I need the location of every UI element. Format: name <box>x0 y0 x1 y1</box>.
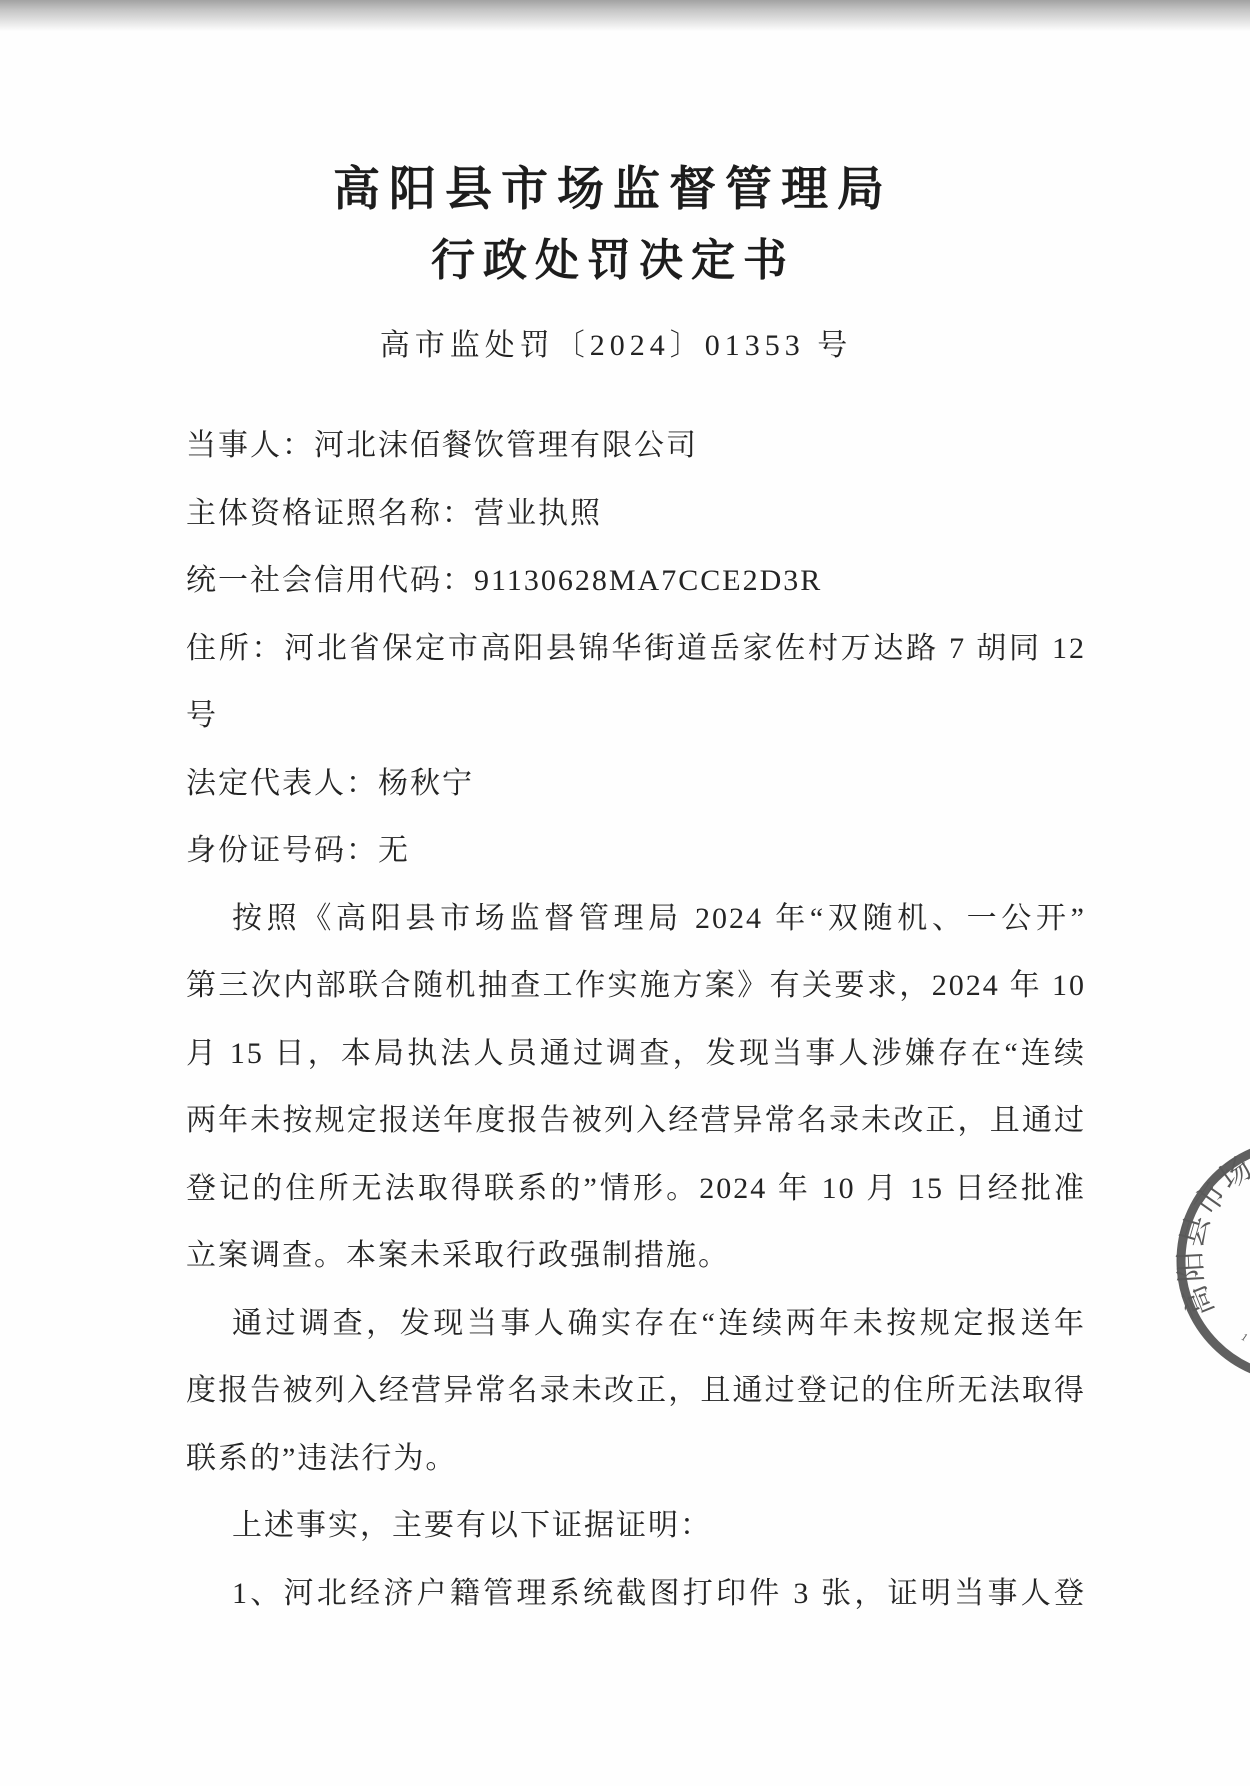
seal-arc-character: 阳 <box>1172 1250 1209 1283</box>
body-line: 1、河北经济户籍管理系统截图打印件 3 张，证明当事人登 <box>186 1560 1086 1628</box>
body-line: 月 15 日，本局执法人员通过调查，发现当事人涉嫌存在“连续 <box>186 1020 1086 1088</box>
scanned-document-page: 高阳县市场监督管理局 行政处罚决定书 高市监处罚〔2024〕01353 号 当事… <box>0 0 1250 1786</box>
body-line: 身份证号码：无 <box>186 817 1086 885</box>
body-line: 统一社会信用代码：91130628MA7CCE2D3R <box>186 547 1086 615</box>
seal-code-digits: 1 3 <box>1239 1331 1250 1354</box>
official-seal-partial: 高 阳 县 市 场 1 3 <box>1150 1120 1250 1410</box>
page-subtitle: 行政处罚决定书 <box>0 224 1226 288</box>
body-line: 第三次内部联合随机抽查工作实施方案》有关要求，2024 年 10 <box>186 952 1086 1020</box>
scan-edge-shadow <box>0 0 1250 34</box>
body-line: 两年未按规定报送年度报告被列入经营异常名录未改正，且通过 <box>186 1087 1086 1155</box>
body-line: 主体资格证照名称：营业执照 <box>186 480 1086 548</box>
body-line: 立案调查。本案未采取行政强制措施。 <box>186 1222 1086 1290</box>
body-line: 联系的”违法行为。 <box>186 1425 1086 1493</box>
body-line: 按照《高阳县市场监督管理局 2024 年“双随机、一公开” <box>186 885 1086 953</box>
body-line: 当事人：河北沫佰餐饮管理有限公司 <box>186 412 1086 480</box>
body-line: 号 <box>186 682 1086 750</box>
body-line: 住所：河北省保定市高阳县锦华街道岳家佐村万达路 7 胡同 12 <box>186 615 1086 683</box>
page-title: 高阳县市场监督管理局 <box>0 152 1226 219</box>
document-body: 当事人：河北沫佰餐饮管理有限公司 主体资格证照名称：营业执照 统一社会信用代码：… <box>186 412 1086 1627</box>
body-line: 通过调查，发现当事人确实存在“连续两年未按规定报送年 <box>186 1290 1086 1358</box>
body-line: 登记的住所无法取得联系的”情形。2024 年 10 月 15 日经批准 <box>186 1155 1086 1223</box>
body-line: 度报告被列入经营异常名录未改正，且通过登记的住所无法取得 <box>186 1357 1086 1425</box>
document-number: 高市监处罚〔2024〕01353 号 <box>0 320 1232 364</box>
body-line: 法定代表人：杨秋宁 <box>186 750 1086 818</box>
body-line: 上述事实，主要有以下证据证明： <box>186 1492 1086 1560</box>
